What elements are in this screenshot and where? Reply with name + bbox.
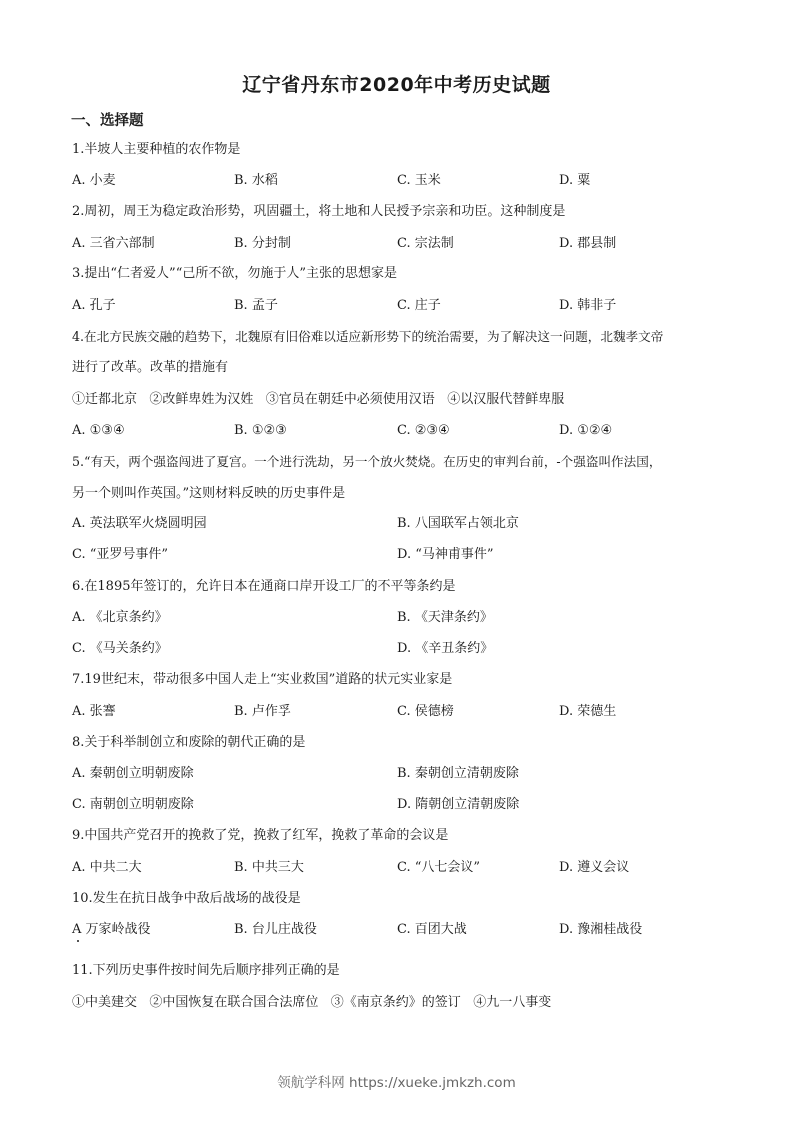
- question-11-choices: ①中美建交 ②中国恢复在联合国合法席位 ③《南京条约》的签订 ④九一八事变: [72, 995, 551, 1011]
- q7-option-a: A. 张謇: [72, 704, 116, 720]
- q8-option-a: A. 秦朝创立明朝废除: [72, 766, 194, 782]
- q10-option-d: D. 豫湘桂战役: [559, 922, 642, 938]
- q5-option-c: C. “亚罗号事件”: [72, 547, 168, 563]
- question-4-choices: ①迁都北京 ②改鲜卑姓为汉姓 ③官员在朝廷中必须使用汉语 ④以汉服代替鲜卑服: [72, 392, 564, 408]
- question-5-stem-line-2: 另一个则叫作英国。”这则材料反映的历史事件是: [72, 486, 345, 502]
- page-title: 辽宁省丹东市2020年中考历史试题: [0, 70, 793, 97]
- q10-option-c: C. 百团大战: [397, 922, 467, 938]
- q2-option-a: A. 三省六部制: [72, 236, 155, 252]
- question-7-stem: 7.19世纪末，带动很多中国人走上“实业救国”道路的状元实业家是: [72, 672, 452, 688]
- q9-option-d: D. 遵义会议: [559, 860, 629, 876]
- q5-option-b: B. 八国联军占领北京: [397, 516, 519, 532]
- q3-option-c: C. 庄子: [397, 298, 441, 314]
- q2-option-c: C. 宗法制: [397, 236, 454, 252]
- q7-option-b: B. 卢作孚: [234, 704, 291, 720]
- q10-option-b: B. 台儿庄战役: [234, 922, 317, 938]
- q8-option-d: D. 隋朝创立清朝废除: [397, 797, 519, 813]
- q2-option-d: D. 郡县制: [559, 236, 616, 252]
- q6-option-a: A. 《北京条约》: [72, 610, 168, 626]
- q5-option-d: D. “马神甫事件”: [397, 547, 494, 563]
- q8-option-b: B. 秦朝创立清朝废除: [397, 766, 519, 782]
- q6-option-c: C. 《马关条约》: [72, 641, 168, 657]
- question-10-stem: 10.发生在抗日战争中敌后战场的战役是: [72, 891, 301, 907]
- question-4-stem-line-1: 4.在北方民族交融的趋势下，北魏原有旧俗难以适应新形势下的统治需要，为了解决这一…: [72, 329, 663, 345]
- question-6-stem: 6.在1895年签订的，允许日本在通商口岸开设工厂的不平等条约是: [72, 579, 456, 595]
- question-5-stem-line-1: 5.“有天，两个强盗闯进了夏宫。一个进行洗劫，另一个放火焚烧。在历史的审判台前，…: [72, 454, 661, 470]
- q2-option-b: B. 分封制: [234, 236, 291, 252]
- q10-option-a: A 万家岭战役: [72, 922, 151, 938]
- q4-option-a: A. ①③④: [72, 423, 125, 439]
- q4-option-c: C. ②③④: [397, 423, 450, 439]
- q9-option-b: B. 中共三大: [234, 860, 304, 876]
- q1-option-a: A. 小麦: [72, 173, 116, 189]
- q4-option-b: B. ①②③: [234, 423, 287, 439]
- q4-option-d: D. ①②④: [559, 423, 612, 439]
- q1-option-d: D. 粟: [559, 173, 590, 189]
- q6-option-b: B. 《天津条约》: [397, 610, 493, 626]
- question-1-stem: 1.半坡人主要种植的农作物是: [72, 142, 240, 158]
- q1-option-c: C. 玉米: [397, 173, 441, 189]
- q3-option-d: D. 韩非子: [559, 298, 616, 314]
- q5-option-a: A. 英法联军火烧圆明园: [72, 516, 207, 532]
- footer-watermark: 领航学科网 https://xueke.jmkzh.com: [0, 1071, 793, 1091]
- q8-option-c: C. 南朝创立明朝废除: [72, 797, 194, 813]
- question-4-stem-line-2: 进行了改革。改革的措施有: [72, 360, 228, 376]
- q6-option-d: D. 《辛丑条约》: [397, 641, 493, 657]
- q3-option-a: A. 孔子: [72, 298, 116, 314]
- q3-option-b: B. 孟子: [234, 298, 278, 314]
- q7-option-d: D. 荣德生: [559, 704, 616, 720]
- q1-option-b: B. 水稻: [234, 173, 278, 189]
- question-3-stem: 3.提出“仁者爱人”“己所不欲，勿施于人”主张的思想家是: [72, 266, 397, 282]
- question-8-stem: 8.关于科举制创立和废除的朝代正确的是: [72, 735, 305, 751]
- q9-option-a: A. 中共二大: [72, 860, 142, 876]
- question-9-stem: 9.中国共产党召开的挽救了党，挽救了红军，挽救了革命的会议是: [72, 828, 448, 844]
- q9-option-c: C. “八七会议”: [397, 860, 480, 876]
- question-11-stem: 11.下列历史事件按时间先后顺序排列正确的是: [72, 963, 340, 979]
- q7-option-c: C. 侯德榜: [397, 704, 454, 720]
- stray-mark: [77, 940, 79, 942]
- question-2-stem: 2.周初，周王为稳定政治形势，巩固疆土，将土地和人民授予宗亲和功臣。这种制度是: [72, 204, 565, 220]
- section-heading: 一、选择题: [71, 109, 144, 130]
